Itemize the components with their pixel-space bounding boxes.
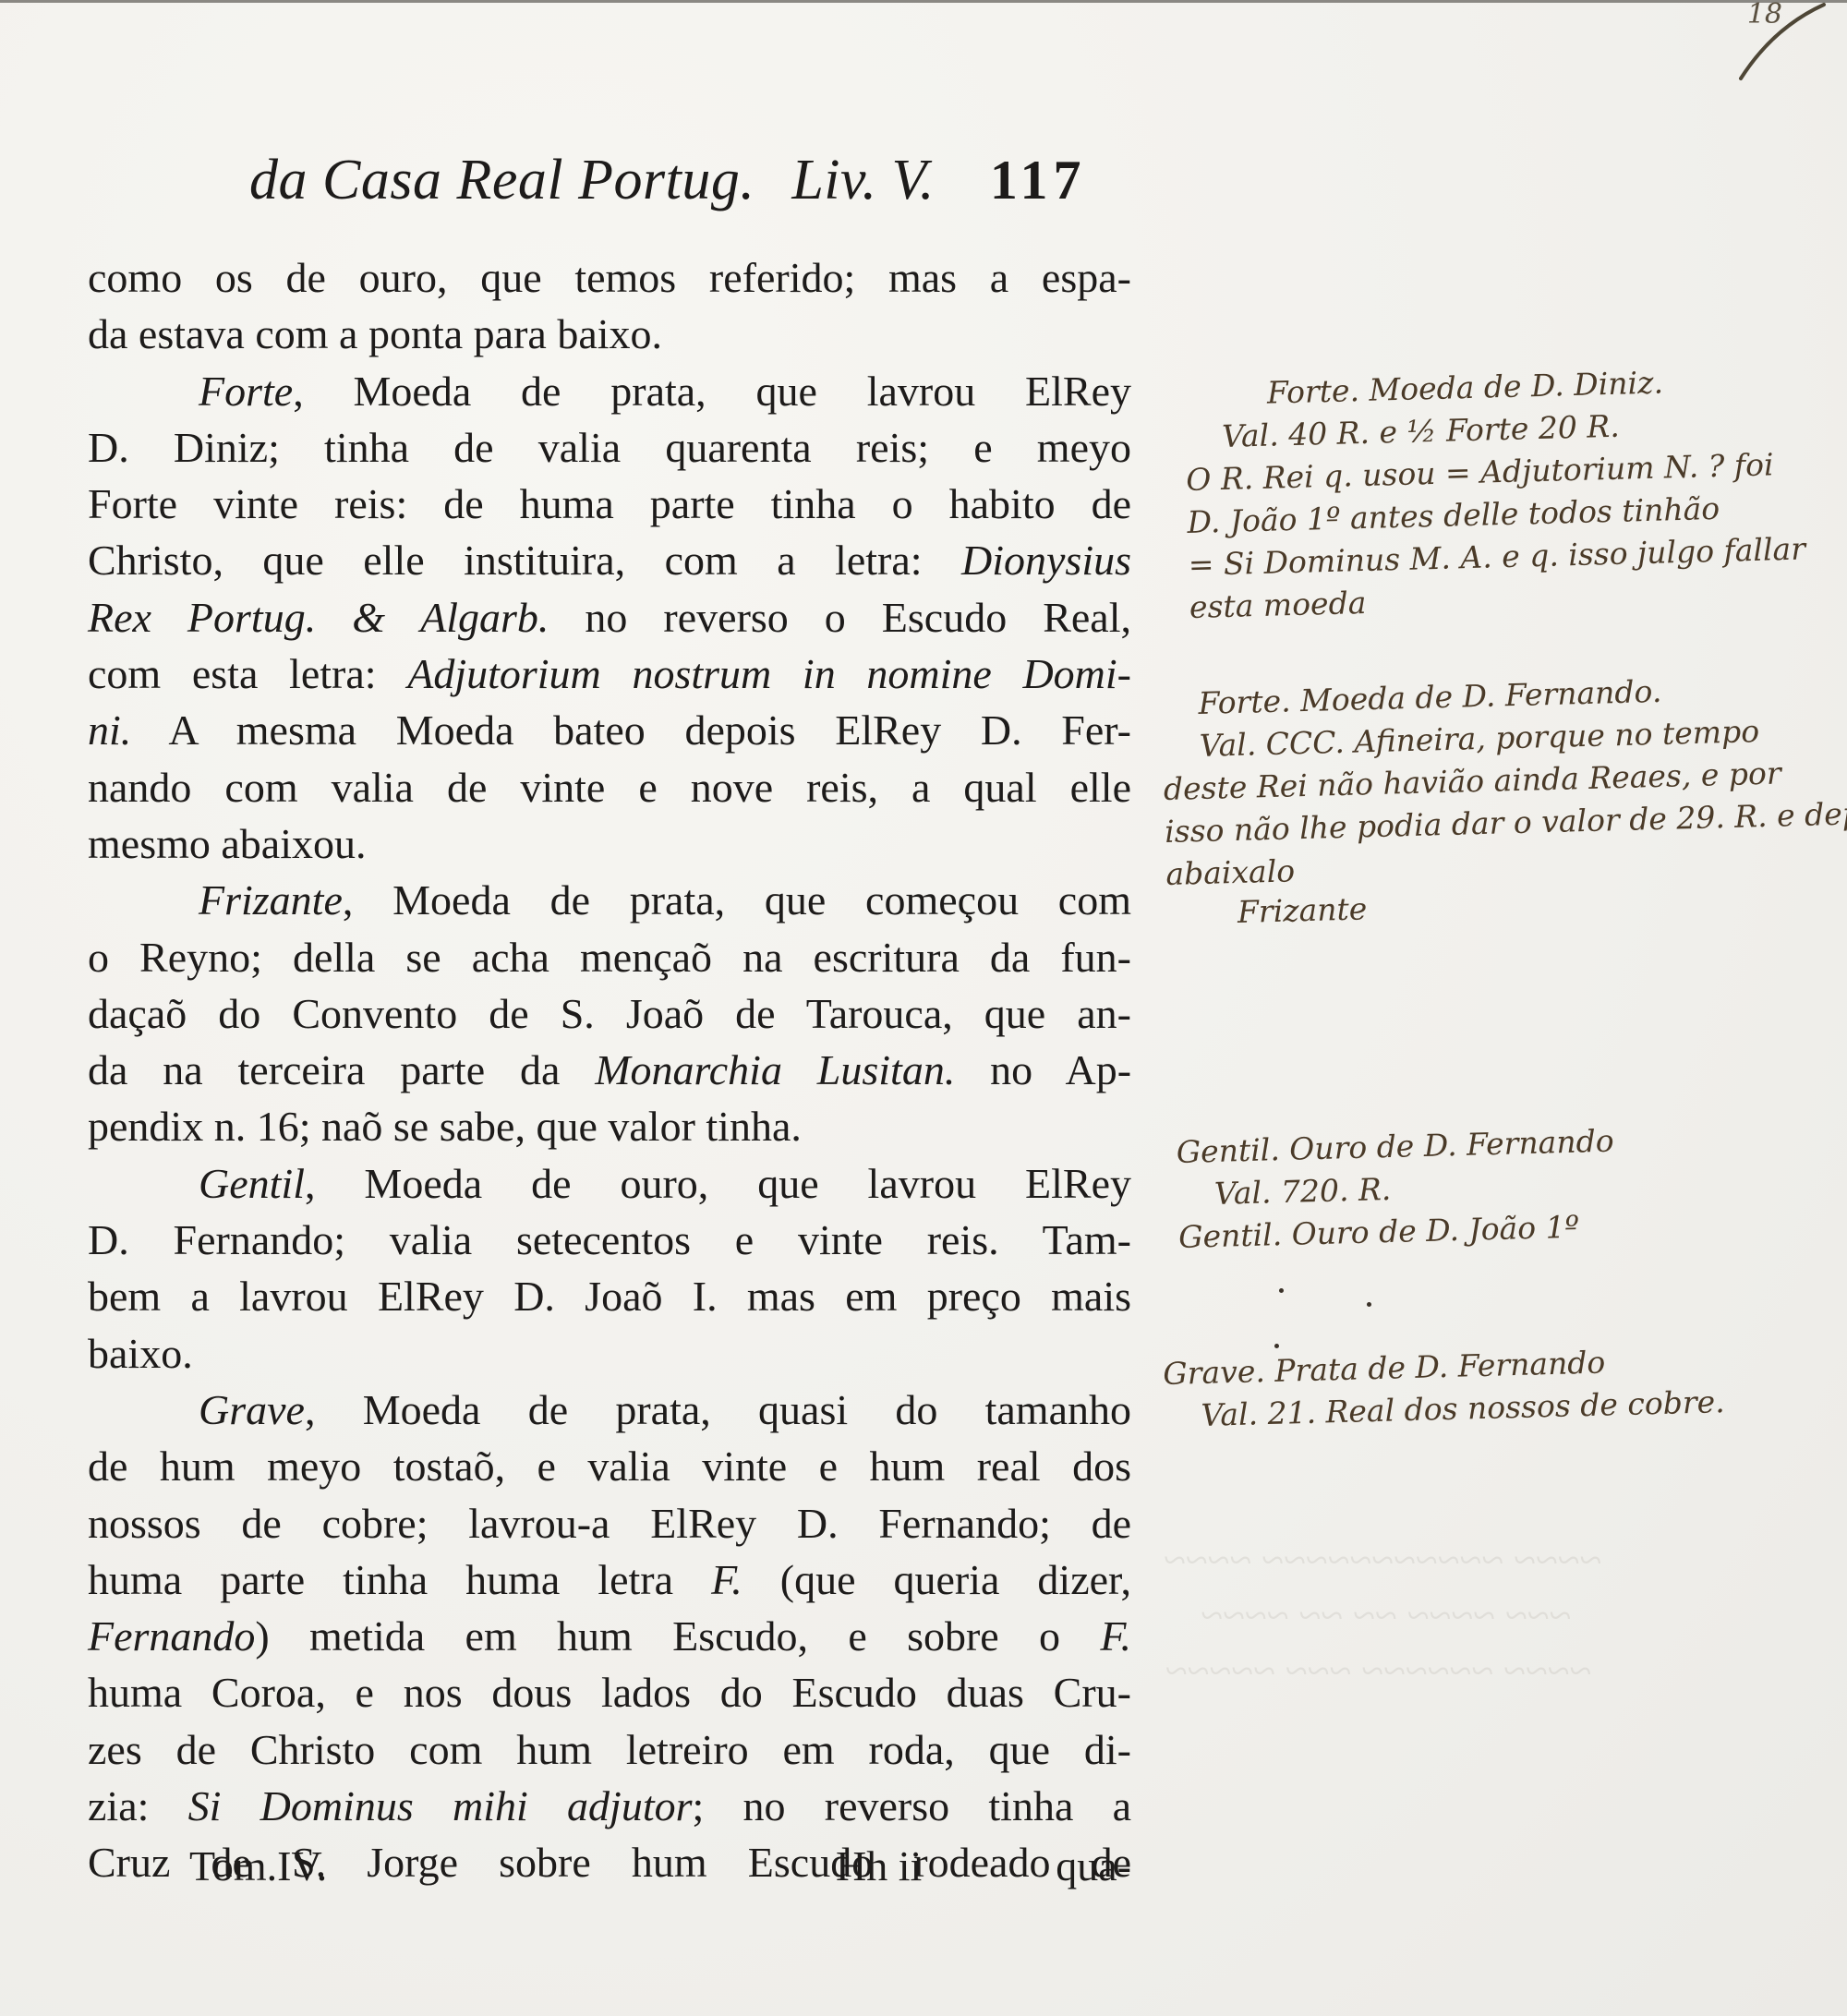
entry-frizante: Frizante, Moeda de prata, que começou co… (88, 872, 1131, 928)
text-line: zia: Si Dominus mihi adjutor; no reverso… (88, 1778, 1131, 1834)
text-line: Rex Portug. & Algarb. no reverso o Escud… (88, 589, 1131, 646)
handwritten-marginalia: 18 Forte. Moeda de D. Diniz. Val. 40 R. … (1136, 0, 1847, 2016)
page-footer: Tom.IV. Hh ii qua- (88, 1838, 1131, 1895)
note-frizante: Frizante (1237, 887, 1367, 934)
text-line: bem a lavrou ElRey D. Joaõ I. mas em pre… (88, 1268, 1131, 1324)
entry-term: Grave (199, 1386, 305, 1433)
entry-term: Gentil (199, 1160, 305, 1207)
text-line: o Reyno; della se acha mençaõ na escritu… (88, 929, 1131, 985)
text-line: pendix n. 16; naõ se sabe, que valor tin… (88, 1098, 1131, 1154)
ink-spot (1367, 1302, 1371, 1307)
entry-term: Forte (199, 368, 293, 415)
text-line: de hum meyo tostaõ, e valia vinte e hum … (88, 1438, 1131, 1494)
corner-pen-mark: 18 (1662, 0, 1847, 102)
note-gentil: Gentil. Ouro de D. Fernando Val. 720. R.… (1176, 1120, 1616, 1259)
page-number: 117 (990, 149, 1087, 212)
text-line: com esta letra: Adjutorium nostrum in no… (88, 646, 1131, 702)
signature-mark: Hh ii (836, 1838, 922, 1895)
note-forte-fernando: Forte. Moeda de D. Fernando. Val. CCC. A… (1161, 664, 1847, 896)
ink-spot (1274, 1344, 1279, 1348)
text-line: huma Coroa, e nos dous lados do Escudo d… (88, 1664, 1131, 1720)
text-line: daçaõ do Convento de S. Joaõ de Tarouca,… (88, 985, 1131, 1042)
text-line: huma parte tinha huma letra F. (que quer… (88, 1551, 1131, 1608)
text-line: ni. A mesma Moeda bateo depois ElRey D. … (88, 702, 1131, 758)
text-line: baixo. (88, 1325, 1131, 1382)
text-line: D. Diniz; tinha de valia quarenta reis; … (88, 419, 1131, 476)
catchword: qua- (1056, 1838, 1131, 1895)
text-line: Christo, que elle instituira, com a letr… (88, 532, 1131, 588)
text-line: nando com valia de vinte e nove reis, a … (88, 759, 1131, 815)
text-line: Forte vinte reis: de huma parte tinha o … (88, 476, 1131, 532)
running-head-title: da Casa Real Portug. (249, 148, 754, 213)
note-grave: Grave. Prata de D. Fernando Val. 21. Rea… (1163, 1338, 1725, 1438)
text-line: mesmo abaixou. (88, 815, 1131, 872)
entry-term: Frizante (199, 876, 343, 923)
running-head-book: Liv. V. (791, 148, 935, 213)
entry-gentil: Gentil, Moeda de ouro, que lavrou ElRey (88, 1155, 1131, 1212)
text-line: D. Fernando; valia setecentos e vinte re… (88, 1212, 1131, 1268)
text-line: nossos de cobre; lavrou-a ElRey D. Ferna… (88, 1495, 1131, 1551)
entry-grave: Grave, Moeda de prata, quasi do tamanho (88, 1382, 1131, 1438)
volume-label: Tom.IV. (189, 1838, 327, 1895)
corner-number: 18 (1747, 0, 1782, 30)
running-head: da Casa Real Portug. Liv. V. 117 (249, 148, 1127, 231)
text-line: como os de ouro, que temos referido; mas… (88, 249, 1131, 306)
ink-spot (1279, 1288, 1284, 1293)
text-line: zes de Christo com hum letreiro em roda,… (88, 1721, 1131, 1778)
text-line: da estava com a ponta para baixo. (88, 306, 1131, 362)
text-line: Fernando) metida em hum Escudo, e sobre … (88, 1608, 1131, 1664)
note-forte-diniz: Forte. Moeda de D. Diniz. Val. 40 R. e ½… (1183, 358, 1806, 629)
printed-text-block: como os de ouro, que temos referido; mas… (88, 249, 1131, 1891)
text-line: da na terceira parte da Monarchia Lusita… (88, 1042, 1131, 1098)
entry-forte: Forte, Moeda de prata, que lavrou ElRey (88, 363, 1131, 419)
